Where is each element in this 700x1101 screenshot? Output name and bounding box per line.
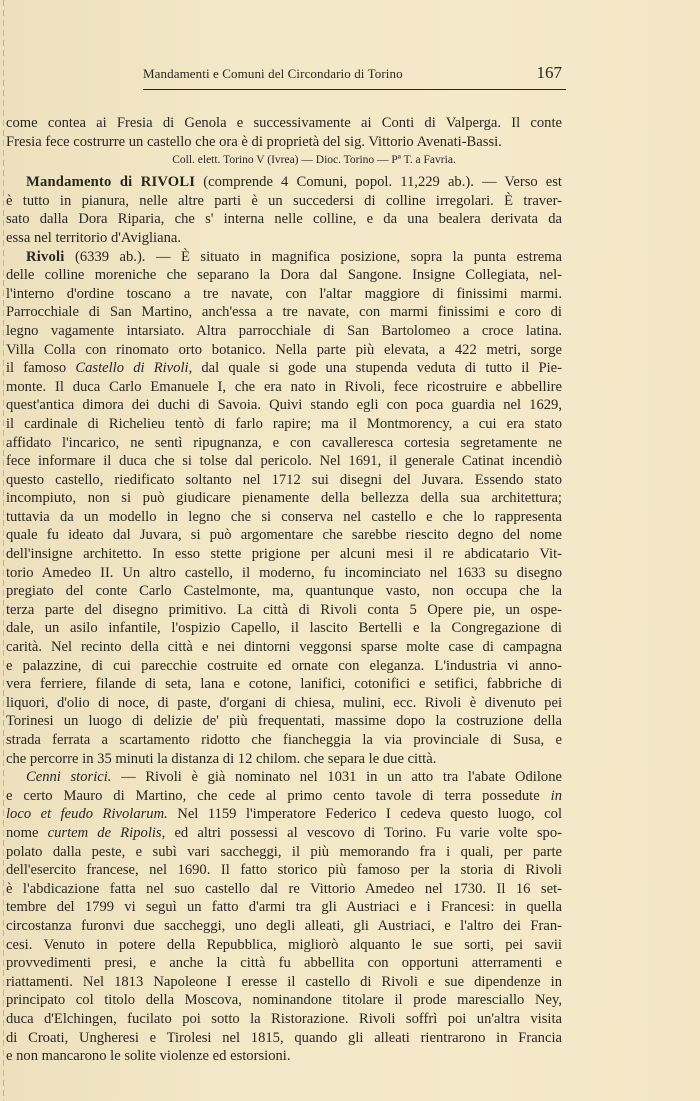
page-number: 167 bbox=[537, 63, 563, 83]
text-line: quest'antica dimora dei duchi di Savoia.… bbox=[6, 396, 562, 415]
text-line: Cenni storici. — Rivoli è già nominato n… bbox=[6, 768, 562, 787]
text-line: l'interno d'ordine toscano a tre navate,… bbox=[6, 285, 562, 304]
text-line: Torinesi un luogo di delizie de' più fre… bbox=[6, 712, 562, 731]
election-note: Coll. elett. Torino V (Ivrea) — Dioc. To… bbox=[6, 151, 562, 169]
text-line: torio Amedeo II. Un altro castello, il m… bbox=[6, 564, 562, 583]
text-line: sato dalla Dora Riparia, che s' interna … bbox=[6, 210, 562, 229]
text-line: monte. Il duca Carlo Emanuele I, che era… bbox=[6, 378, 562, 397]
text-line: provvedimenti presi, e anche la città fu… bbox=[6, 954, 562, 973]
text-line: dell'esercito francese, nel 1690. Il fat… bbox=[6, 861, 562, 880]
text-line: Villa Colla con rinomato orto botanico. … bbox=[6, 341, 562, 360]
running-head: Mandamenti e Comuni del Circondario di T… bbox=[143, 64, 562, 86]
running-title: Mandamenti e Comuni del Circondario di T… bbox=[143, 66, 403, 82]
text-line: dell'insigne architetto. In esso stette … bbox=[6, 545, 562, 564]
text-line: carità. Nel recinto della città e nei di… bbox=[6, 638, 562, 657]
text-line: cesi. Venuto in potere della Repubblica,… bbox=[6, 936, 562, 955]
text-line: e certo Mauro di Martino, che cede al pr… bbox=[6, 787, 562, 806]
text-line: è tutto in pianura, nelle altre parti è … bbox=[6, 192, 562, 211]
text-line: strada ferrata a scartamento ridotto che… bbox=[6, 731, 562, 750]
text-line: liquori, d'olio di noce, di paste, d'org… bbox=[6, 694, 562, 713]
text-line: delle colline moreniche che separano la … bbox=[6, 266, 562, 285]
text-line: duca d'Elchingen, fucilato poi sotto la … bbox=[6, 1010, 562, 1029]
text-line: come contea ai Fresia di Genola e succes… bbox=[6, 114, 562, 133]
text-line: di Croati, Ungheresi e Tirolesi nel 1815… bbox=[6, 1029, 562, 1048]
castello-title: Castello di Rivoli bbox=[75, 360, 188, 376]
mandamento-heading: Mandamento di RIVOLI bbox=[26, 174, 195, 190]
header-rule bbox=[143, 89, 566, 90]
text-line: è l'abdicazione fatta nel suo castello d… bbox=[6, 880, 562, 899]
text-line: e palazzine, di cui parecchie costruite … bbox=[6, 657, 562, 676]
text-line: pregiato del conte Carlo Castelmonte, ma… bbox=[6, 582, 562, 601]
text-line: questo castello, riedificato soltanto ne… bbox=[6, 471, 562, 490]
text-line: polato dalla peste, e subì vari sacchegg… bbox=[6, 843, 562, 862]
page-gutter-line bbox=[3, 0, 4, 1101]
text-line: circostanza furonvi due saccheggi, uno d… bbox=[6, 917, 562, 936]
text-line: il cardinale di Richelieu tentò di farlo… bbox=[6, 415, 562, 434]
text-line: nome curtem de Ripolis, ed altri possess… bbox=[6, 824, 562, 843]
text-line: Mandamento di RIVOLI (comprende 4 Comuni… bbox=[6, 173, 562, 192]
text-line: essa nel territorio d'Avigliana. bbox=[6, 229, 562, 248]
text-line: legno vagamente intarsiato. Altra parroc… bbox=[6, 322, 562, 341]
text-line: fece informare il duca che si tolse dal … bbox=[6, 452, 562, 471]
text-line: quale fu ideato dal Juvara, si può argom… bbox=[6, 526, 562, 545]
text-line: che percorre in 35 minuti la distanza di… bbox=[6, 750, 562, 769]
text-line: terza parte del disegno primitivo. La ci… bbox=[6, 601, 562, 620]
text-line: affidato l'incarico, ne sentì ripugnanza… bbox=[6, 434, 562, 453]
text-line: il famoso Castello di Rivoli, dal quale … bbox=[6, 359, 562, 378]
text-line: tuttavia da un modello in legno che si c… bbox=[6, 508, 562, 527]
text-line: tembre del 1799 vi seguì un fatto d'armi… bbox=[6, 898, 562, 917]
rivoli-heading: Rivoli bbox=[26, 249, 65, 265]
text-line: principato col titolo della Moscova, nom… bbox=[6, 991, 562, 1010]
text-line: loco et feudo Rivolarum. Nel 1159 l'impe… bbox=[6, 805, 562, 824]
cenni-heading: Cenni storici. bbox=[26, 769, 111, 785]
text-line: dale, un asilo infantile, l'ospizio Cape… bbox=[6, 619, 562, 638]
text-line: incompiuto, non si può giudicare piename… bbox=[6, 489, 562, 508]
text-line: vera ferriere, filande di seta, lana e c… bbox=[6, 675, 562, 694]
text-line: Rivoli (6339 ab.). — È situato in magnif… bbox=[6, 248, 562, 267]
text-line: Parrocchiale di San Martino, anch'essa a… bbox=[6, 303, 562, 322]
text-line: riattamenti. Nel 1813 Napoleone I eresse… bbox=[6, 973, 562, 992]
text-line: e non mancarono le solite violenze ed es… bbox=[6, 1047, 562, 1066]
text-line: Fresia fece costrurre un castello che or… bbox=[6, 133, 562, 152]
body-text: come contea ai Fresia di Genola e succes… bbox=[6, 114, 562, 1066]
